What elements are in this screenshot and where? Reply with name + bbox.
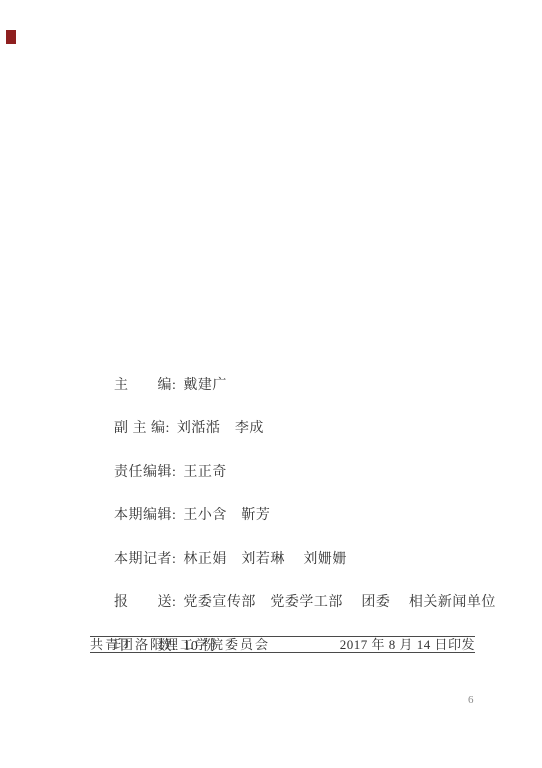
red-square-mark — [6, 30, 16, 44]
colophon-line-chief-editor: 主 编:戴建广 — [90, 320, 490, 364]
deputy-editor-value: 刘湉湉 李成 — [177, 421, 264, 436]
issue-editor-value: 王小含 靳芳 — [183, 508, 270, 523]
distribution-value: 党委宣传部 党委学工部 团委 相关新闻单位 — [183, 595, 496, 610]
document-page: 主 编:戴建广 副 主 编:刘湉湉 李成 责任编辑:王正奇 本期编辑:王小含 靳… — [0, 0, 542, 768]
deputy-editor-label: 副 主 编: — [114, 421, 170, 436]
issuing-organization: 共青团洛阳理工学院委员会 — [90, 637, 270, 652]
issue-editor-label: 本期编辑: — [114, 508, 176, 523]
page-number: 6 — [468, 694, 474, 706]
document-footer-rule-row: 共青团洛阳理工学院委员会 2017 年 8 月 14 日印发 — [90, 636, 475, 653]
responsible-editor-label: 责任编辑: — [114, 465, 176, 480]
chief-editor-value: 戴建广 — [183, 378, 227, 393]
responsible-editor-value: 王正奇 — [183, 465, 227, 480]
distribution-label: 报 送: — [114, 595, 176, 610]
issue-date: 2017 年 8 月 14 日印发 — [340, 637, 475, 652]
issue-reporters-value: 林正娟 刘若琳 刘姗姗 — [183, 552, 347, 567]
issue-reporters-label: 本期记者: — [114, 552, 176, 567]
chief-editor-label: 主 编: — [114, 378, 176, 393]
colophon-block: 主 编:戴建广 副 主 编:刘湉湉 李成 责任编辑:王正奇 本期编辑:王小含 靳… — [90, 320, 490, 625]
